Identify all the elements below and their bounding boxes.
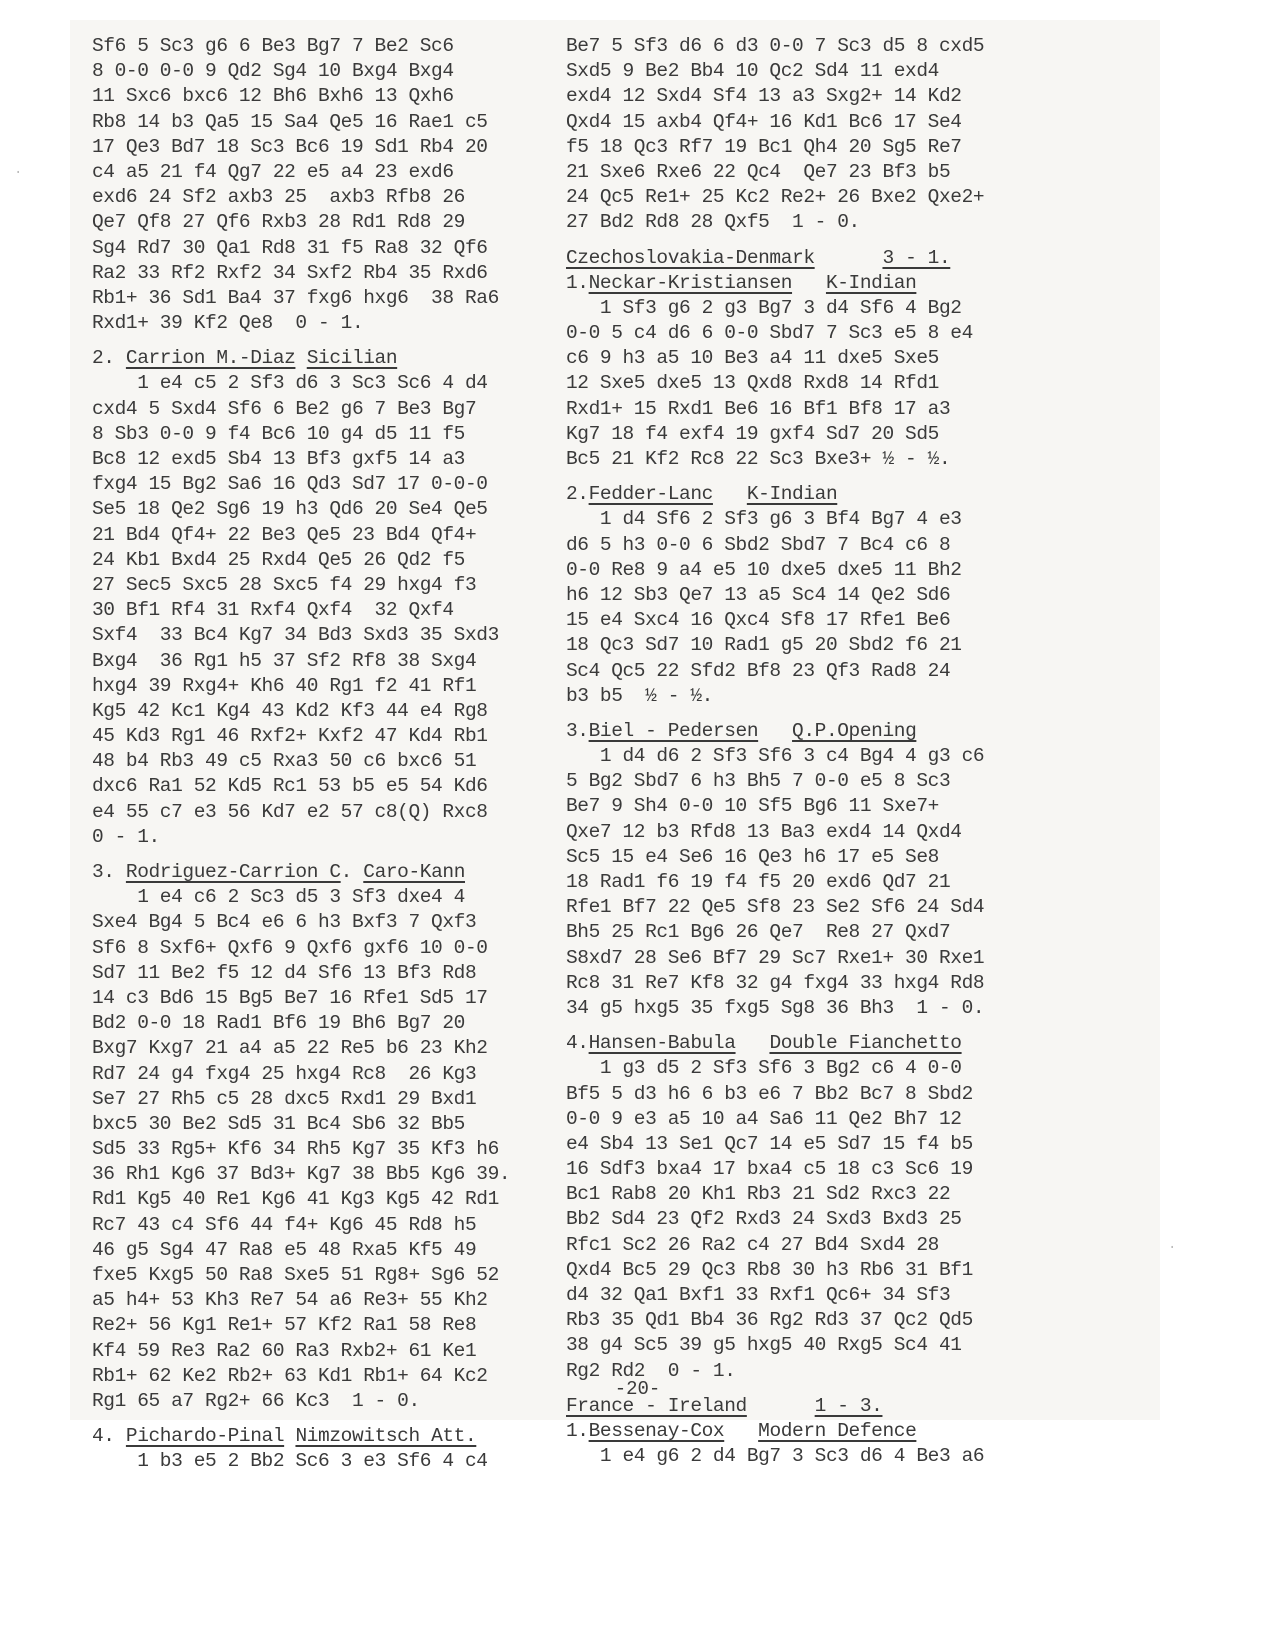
move-line: 8 Sb3 0-0 9 f4 Bc6 10 g4 d5 11 f5 (92, 422, 582, 447)
move-line: exd4 12 Sxd4 Sf4 13 a3 Sxg2+ 14 Kd2 (566, 84, 1056, 109)
move-line: d6 5 h3 0-0 6 Sbd2 Sbd7 7 Bc4 c6 8 (566, 533, 1056, 558)
move-line: 17 Qe3 Bd7 18 Sc3 Bc6 19 Sd1 Rb4 20 (92, 135, 582, 160)
move-line: Rxd1+ 39 Kf2 Qe8 0 - 1. (92, 311, 582, 336)
spacer (92, 336, 582, 346)
move-line: 1 g3 d5 2 Sf3 Sf6 3 Bg2 c6 4 0-0 (566, 1056, 1056, 1081)
move-line: Bxg4 36 Rg1 h5 37 Sf2 Rf8 38 Sxg4 (92, 649, 582, 674)
game-players: Fedder-Lanc (589, 483, 713, 505)
move-line: Rxd1+ 15 Rxd1 Be6 16 Bf1 Bf8 17 a3 (566, 397, 1056, 422)
move-line: Be7 9 Sh4 0-0 10 Sf5 Bg6 11 Sxe7+ (566, 794, 1056, 819)
move-line: Sf6 5 Sc3 g6 6 Be3 Bg7 7 Be2 Sc6 (92, 34, 582, 59)
move-line: 21 Sxe6 Rxe6 22 Qc4 Qe7 23 Bf3 b5 (566, 160, 1056, 185)
move-line: fxg4 15 Bg2 Sa6 16 Qd3 Sd7 17 0-0-0 (92, 472, 582, 497)
move-line: 11 Sxc6 bxc6 12 Bh6 Bxh6 13 Qxh6 (92, 84, 582, 109)
game-header: 3. Rodriguez-Carrion C. Caro-Kann (92, 860, 582, 885)
move-line: b3 b5 ½ - ½. (566, 684, 1056, 709)
move-line: c6 9 h3 a5 10 Be3 a4 11 dxe5 Sxe5 (566, 346, 1056, 371)
move-line: Rb8 14 b3 Qa5 15 Sa4 Qe5 16 Rae1 c5 (92, 110, 582, 135)
move-line: cxd4 5 Sxd4 Sf6 6 Be2 g6 7 Be3 Bg7 (92, 397, 582, 422)
move-line: Sf6 8 Sxf6+ Qxf6 9 Qxf6 gxf6 10 0-0 (92, 936, 582, 961)
move-line: Sc5 15 e4 Se6 16 Qe3 h6 17 e5 Se8 (566, 845, 1056, 870)
move-line: Rc8 31 Re7 Kf8 32 g4 fxg4 33 hxg4 Rd8 (566, 971, 1056, 996)
game-opening: Modern Defence (758, 1420, 916, 1442)
move-line: d4 32 Qa1 Bxf1 33 Rxf1 Qc6+ 34 Sf3 (566, 1283, 1056, 1308)
game-header: 4. Pichardo-Pinal Nimzowitsch Att. (92, 1424, 582, 1449)
spacer (92, 1414, 582, 1424)
move-line: Kg7 18 f4 exf4 19 gxf4 Sd7 20 Sd5 (566, 422, 1056, 447)
move-line: Sc4 Qc5 22 Sfd2 Bf8 23 Qf3 Rad8 24 (566, 659, 1056, 684)
game-number: 3. (92, 861, 126, 883)
game-header: 1.Neckar-Kristiansen K-Indian (566, 271, 1056, 296)
move-line: Sxf4 33 Bc4 Kg7 34 Bd3 Sxd3 35 Sxd3 (92, 623, 582, 648)
game-players: Biel - Pedersen (589, 720, 759, 742)
move-line: f5 18 Qc3 Rf7 19 Bc1 Qh4 20 Sg5 Re7 (566, 135, 1056, 160)
move-line: Sd7 11 Be2 f5 12 d4 Sf6 13 Bf3 Rd8 (92, 961, 582, 986)
move-line: 1 Sf3 g6 2 g3 Bg7 3 d4 Sf6 4 Bg2 (566, 296, 1056, 321)
scan-speck: · (14, 165, 22, 181)
game-opening: K-Indian (747, 483, 837, 505)
game-number: 2. (566, 483, 589, 505)
move-line: 1 e4 c6 2 Sc3 d5 3 Sf3 dxe4 4 (92, 885, 582, 910)
game-number: 4. (566, 1032, 589, 1054)
move-line: 18 Rad1 f6 19 f4 f5 20 exd6 Qd7 21 (566, 870, 1056, 895)
game-header: 2. Carrion M.-Diaz Sicilian (92, 346, 582, 371)
move-line: bxc5 30 Be2 Sd5 31 Bc4 Sb6 32 Bb5 (92, 1112, 582, 1137)
game-number: 4. (92, 1425, 126, 1447)
move-line: Rd1 Kg5 40 Re1 Kg6 41 Kg3 Kg5 42 Rd1 (92, 1187, 582, 1212)
game-header: 2.Fedder-Lanc K-Indian (566, 482, 1056, 507)
move-line: Kg5 42 Kc1 Kg4 43 Kd2 Kf3 44 e4 Rg8 (92, 699, 582, 724)
move-line: exd6 24 Sf2 axb3 25 axb3 Rfb8 26 (92, 185, 582, 210)
move-line: Sxe4 Bg4 5 Bc4 e6 6 h3 Bxf3 7 Qxf3 (92, 910, 582, 935)
move-line: Bh5 25 Rc1 Bg6 26 Qe7 Re8 27 Qxd7 (566, 920, 1056, 945)
move-line: e4 55 c7 e3 56 Kd7 e2 57 c8(Q) Rxc8 (92, 800, 582, 825)
move-line: 45 Kd3 Rg1 46 Rxf2+ Kxf2 47 Kd4 Rb1 (92, 724, 582, 749)
move-line: dxc6 Ra1 52 Kd5 Rc1 53 b5 e5 54 Kd6 (92, 774, 582, 799)
move-line: fxe5 Kxg5 50 Ra8 Sxe5 51 Rg8+ Sg6 52 (92, 1263, 582, 1288)
game-opening: Q.P.Opening (792, 720, 916, 742)
move-line: 1 d4 d6 2 Sf3 Sf6 3 c4 Bg4 4 g3 c6 (566, 744, 1056, 769)
move-line: Sg4 Rd7 30 Qa1 Rd8 31 f5 Ra8 32 Qf6 (92, 236, 582, 261)
move-line: 34 g5 hxg5 35 fxg5 Sg8 36 Bh3 1 - 0. (566, 996, 1056, 1021)
move-line: Bb2 Sd4 23 Qf2 Rxd3 24 Sxd3 Bxd3 25 (566, 1207, 1056, 1232)
move-line: Bc8 12 exd5 Sb4 13 Bf3 gxf5 14 a3 (92, 447, 582, 472)
move-line: 15 e4 Sxc4 16 Qxc4 Sf8 17 Rfe1 Be6 (566, 608, 1056, 633)
game-header: 1.Bessenay-Cox Modern Defence (566, 1419, 1056, 1444)
move-line: 1 b3 e5 2 Bb2 Sc6 3 e3 Sf6 4 c4 (92, 1449, 582, 1474)
game-players: Neckar-Kristiansen (589, 272, 792, 294)
move-line: Kf4 59 Re3 Ra2 60 Ra3 Rxb2+ 61 Ke1 (92, 1339, 582, 1364)
game-number: 2. (92, 347, 126, 369)
move-line: 48 b4 Rb3 49 c5 Rxa3 50 c6 bxc6 51 (92, 749, 582, 774)
move-line: S8xd7 28 Se6 Bf7 29 Sc7 Rxe1+ 30 Rxe1 (566, 946, 1056, 971)
move-line: Rb3 35 Qd1 Bb4 36 Rg2 Rd3 37 Qc2 Qd5 (566, 1308, 1056, 1333)
move-line: e4 Sb4 13 Se1 Qc7 14 e5 Sd7 15 f4 b5 (566, 1132, 1056, 1157)
spacer (92, 850, 582, 860)
move-line: 1 e4 c5 2 Sf3 d6 3 Sc3 Sc6 4 d4 (92, 371, 582, 396)
move-line: 12 Sxe5 dxe5 13 Qxd8 Rxd8 14 Rfd1 (566, 371, 1056, 396)
spacer (566, 1021, 1056, 1031)
game-number: 1. (566, 272, 589, 294)
move-line: 0-0 Re8 9 a4 e5 10 dxe5 dxe5 11 Bh2 (566, 558, 1056, 583)
move-line: a5 h4+ 53 Kh3 Re7 54 a6 Re3+ 55 Kh2 (92, 1288, 582, 1313)
move-line: 16 Sdf3 bxa4 17 bxa4 c5 18 c3 Sc6 19 (566, 1157, 1056, 1182)
move-line: 0-0 5 c4 d6 6 0-0 Sbd7 7 Sc3 e5 8 e4 (566, 321, 1056, 346)
move-line: Bc1 Rab8 20 Kh1 Rb3 21 Sd2 Rxc3 22 (566, 1182, 1056, 1207)
spacer (566, 472, 1056, 482)
game-players: Rodriguez-Carrion C (126, 861, 341, 883)
game-players: Hansen-Babula (589, 1032, 736, 1054)
move-line: 38 g4 Sc5 39 g5 hxg5 40 Rxg5 Sc4 41 (566, 1333, 1056, 1358)
move-line: 1 d4 Sf6 2 Sf3 g6 3 Bf4 Bg7 4 e3 (566, 507, 1056, 532)
move-line: Rb1+ 36 Sd1 Ba4 37 fxg6 hxg6 38 Ra6 (92, 286, 582, 311)
move-line: 5 Bg2 Sbd7 6 h3 Bh5 7 0-0 e5 8 Sc3 (566, 769, 1056, 794)
move-line: 0-0 9 e3 a5 10 a4 Sa6 11 Qe2 Bh7 12 (566, 1107, 1056, 1132)
move-line: Re2+ 56 Kg1 Re1+ 57 Kf2 Ra1 58 Re8 (92, 1313, 582, 1338)
move-line: Be7 5 Sf3 d6 6 d3 0-0 7 Sc3 d5 8 cxd5 (566, 34, 1056, 59)
move-line: 27 Bd2 Rd8 28 Qxf5 1 - 0. (566, 210, 1056, 235)
move-line: 0 - 1. (92, 825, 582, 850)
move-line: Sxd5 9 Be2 Bb4 10 Qc2 Sd4 11 exd4 (566, 59, 1056, 84)
game-players: Carrion M.-Diaz (126, 347, 296, 369)
game-opening: Sicilian (307, 347, 397, 369)
move-line: Qxd4 15 axb4 Qf4+ 16 Kd1 Bc6 17 Se4 (566, 110, 1056, 135)
spacer (566, 236, 1056, 246)
match-score: 3 - 1. (882, 247, 950, 269)
move-line: 24 Kb1 Bxd4 25 Rxd4 Qe5 26 Qd2 f5 (92, 548, 582, 573)
move-line: hxg4 39 Rxg4+ Kh6 40 Rg1 f2 41 Rf1 (92, 674, 582, 699)
match-title: Czechoslovakia-Denmark (566, 247, 815, 269)
move-line: 1 e4 g6 2 d4 Bg7 3 Sc3 d6 4 Be3 a6 (566, 1444, 1056, 1469)
move-line: 14 c3 Bd6 15 Bg5 Be7 16 Rfe1 Sd5 17 (92, 986, 582, 1011)
move-line: h6 12 Sb3 Qe7 13 a5 Sc4 14 Qe2 Sd6 (566, 583, 1056, 608)
move-line: Rd7 24 g4 fxg4 25 hxg4 Rc8 26 Kg3 (92, 1062, 582, 1087)
game-players: Bessenay-Cox (589, 1420, 725, 1442)
match-header: Czechoslovakia-Denmark 3 - 1. (566, 246, 1056, 271)
left-column: Sf6 5 Sc3 g6 6 Be3 Bg7 7 Be2 Sc68 0-0 0-… (92, 34, 582, 1475)
spacer (566, 709, 1056, 719)
move-line: 8 0-0 0-0 9 Qd2 Sg4 10 Bxg4 Bxg4 (92, 59, 582, 84)
move-line: Se5 18 Qe2 Sg6 19 h3 Qd6 20 Se4 Qe5 (92, 497, 582, 522)
game-header: 4.Hansen-Babula Double Fianchetto (566, 1031, 1056, 1056)
move-line: 24 Qc5 Re1+ 25 Kc2 Re2+ 26 Bxe2 Qxe2+ (566, 185, 1056, 210)
scan-speck: · (1168, 1240, 1176, 1256)
move-line: Qxd4 Bc5 29 Qc3 Rb8 30 h3 Rb6 31 Bf1 (566, 1258, 1056, 1283)
move-line: 36 Rh1 Kg6 37 Bd3+ Kg7 38 Bb5 Kg6 39. (92, 1162, 582, 1187)
move-line: Qe7 Qf8 27 Qf6 Rxb3 28 Rd1 Rd8 29 (92, 210, 582, 235)
move-line: Ra2 33 Rf2 Rxf2 34 Sxf2 Rb4 35 Rxd6 (92, 261, 582, 286)
game-opening: Double Fianchetto (769, 1032, 961, 1054)
move-line: Bd2 0-0 18 Rad1 Bf6 19 Bh6 Bg7 20 (92, 1011, 582, 1036)
move-line: 30 Bf1 Rf4 31 Rxf4 Qxf4 32 Qxf4 (92, 598, 582, 623)
game-opening: Nimzowitsch Att. (295, 1425, 476, 1447)
move-line: Bf5 5 d3 h6 6 b3 e6 7 Bb2 Bc7 8 Sbd2 (566, 1082, 1056, 1107)
game-number: 1. (566, 1420, 589, 1442)
page-number: -20- (0, 1378, 1275, 1400)
game-opening: Caro-Kann (363, 861, 465, 883)
separator: . (341, 861, 352, 883)
move-line: Rfc1 Sc2 26 Ra2 c4 27 Bd4 Sxd4 28 (566, 1233, 1056, 1258)
move-line: Se7 27 Rh5 c5 28 dxc5 Rxd1 29 Bxd1 (92, 1087, 582, 1112)
move-line: Bxg7 Kxg7 21 a4 a5 22 Re5 b6 23 Kh2 (92, 1036, 582, 1061)
move-line: Rfe1 Bf7 22 Qe5 Sf8 23 Se2 Sf6 24 Sd4 (566, 895, 1056, 920)
move-line: Sd5 33 Rg5+ Kf6 34 Rh5 Kg7 35 Kf3 h6 (92, 1137, 582, 1162)
game-number: 3. (566, 720, 589, 742)
right-column: Be7 5 Sf3 d6 6 d3 0-0 7 Sc3 d5 8 cxd5Sxd… (566, 34, 1056, 1469)
move-line: 27 Sec5 Sxc5 28 Sxc5 f4 29 hxg4 f3 (92, 573, 582, 598)
move-line: Qxe7 12 b3 Rfd8 13 Ba3 exd4 14 Qxd4 (566, 820, 1056, 845)
move-line: Bc5 21 Kf2 Rc8 22 Sc3 Bxe3+ ½ - ½. (566, 447, 1056, 472)
game-opening: K-Indian (826, 272, 916, 294)
move-line: Rc7 43 c4 Sf6 44 f4+ Kg6 45 Rd8 h5 (92, 1213, 582, 1238)
move-line: 18 Qc3 Sd7 10 Rad1 g5 20 Sbd2 f6 21 (566, 633, 1056, 658)
move-line: c4 a5 21 f4 Qg7 22 e5 a4 23 exd6 (92, 160, 582, 185)
move-line: 46 g5 Sg4 47 Ra8 e5 48 Rxa5 Kf5 49 (92, 1238, 582, 1263)
move-line: 21 Bd4 Qf4+ 22 Be3 Qe5 23 Bd4 Qf4+ (92, 523, 582, 548)
game-header: 3.Biel - Pedersen Q.P.Opening (566, 719, 1056, 744)
game-players: Pichardo-Pinal (126, 1425, 284, 1447)
